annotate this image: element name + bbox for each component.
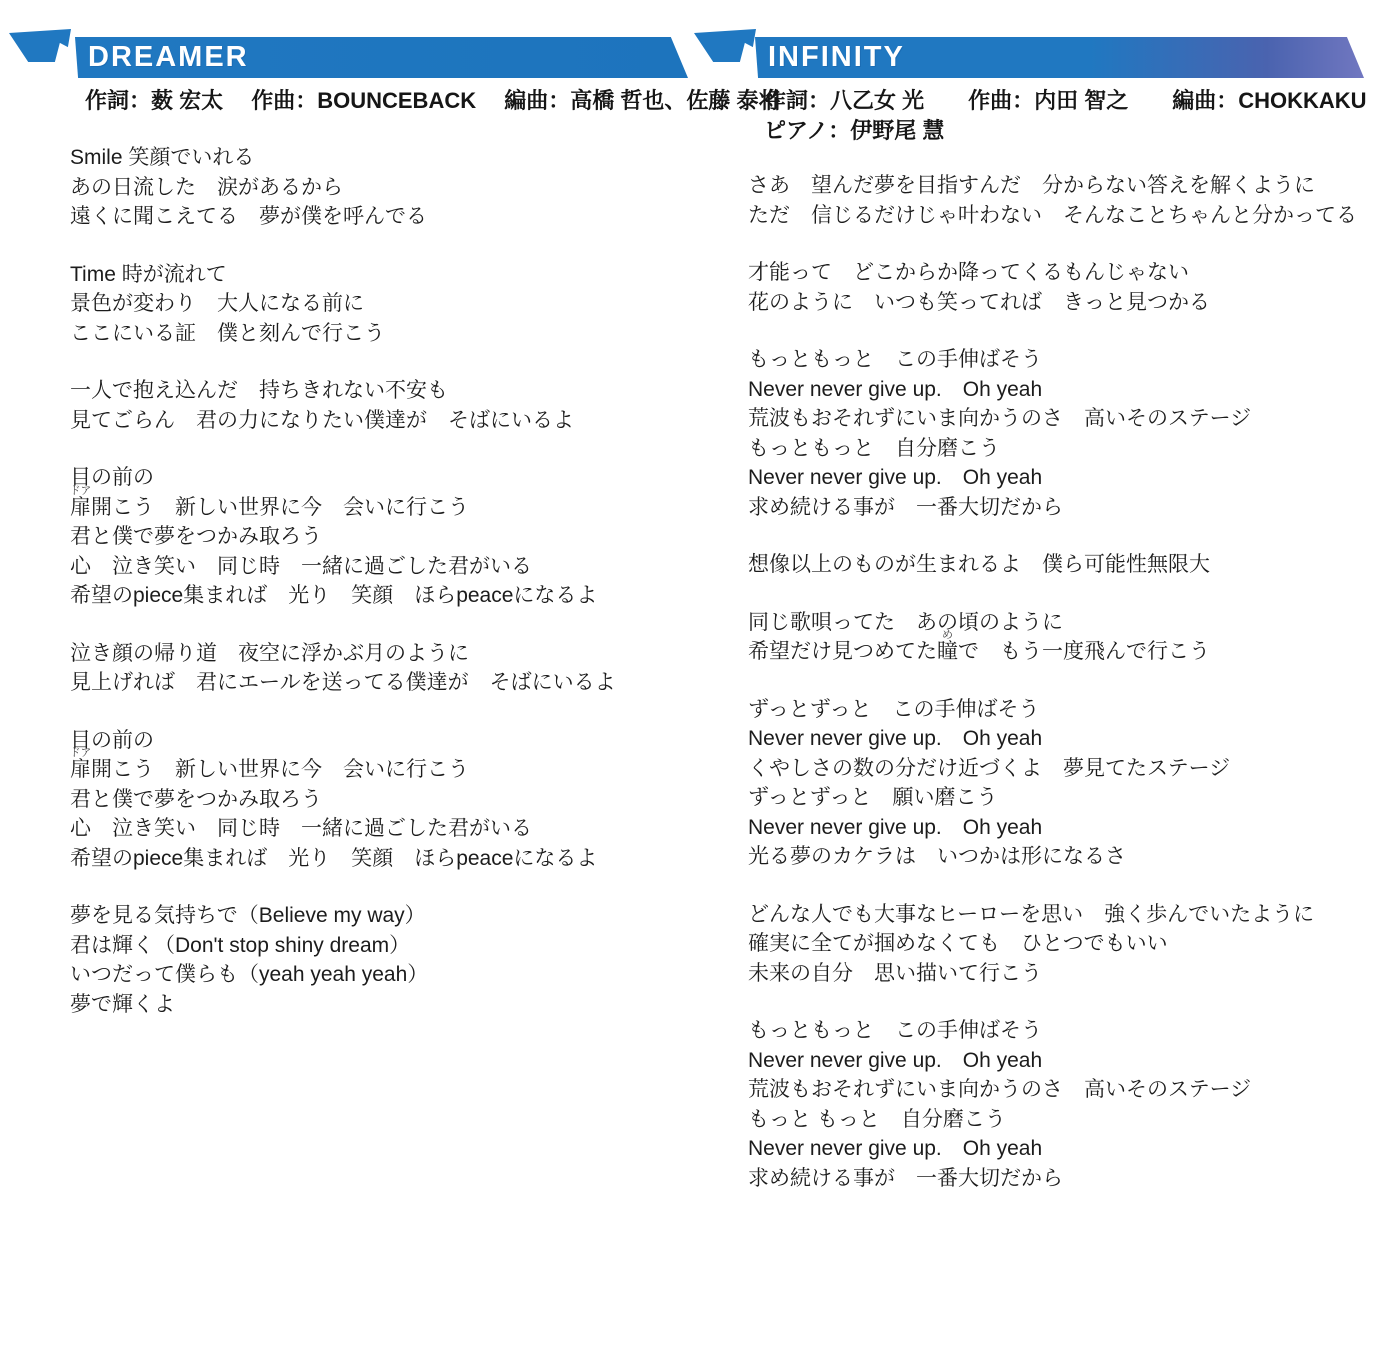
lyric-line: 景色が変わり 大人になる前に (70, 289, 720, 319)
song-credits: 作詞：薮 宏太 作曲：BOUNCEBACK 編曲：高橋 哲也、佐藤 泰将 (85, 86, 780, 116)
lyric-line: Time 時が流れて (70, 260, 720, 290)
lyric-line: 扉ドア開こう 新しい世界に今 会いに行こう (70, 493, 720, 523)
lyric-line: Never never give up. Oh yeah (748, 1046, 1379, 1076)
ruby-text: ドア (70, 486, 92, 497)
lyric-line: さあ 望んだ夢を目指すんだ 分からない答えを解くように (748, 171, 1379, 201)
lyric-line: Never never give up. Oh yeah (748, 813, 1379, 843)
lyric-line: 求め続ける事が 一番大切だから (748, 493, 1379, 523)
ruby-text: ドア (70, 748, 92, 759)
lyric-line: 見上げれば 君にエールを送ってる僕達が そばにいるよ (70, 668, 720, 698)
lyric-line: 同じ歌唄ってた あの頃のように (748, 608, 1379, 638)
lyric-block: ずっとずっと この手伸ばそうNever never give up. Oh ye… (748, 695, 1379, 872)
lyric-line: 泣き顔の帰り道 夜空に浮かぶ月のように (70, 639, 720, 669)
lyric-line: 一人で抱え込んだ 持ちきれない不安も (70, 376, 720, 406)
lyric-block: 才能って どこからか降ってくるもんじゃない花のように いつも笑ってれば きっと見… (748, 258, 1379, 317)
lyric-line: Never never give up. Oh yeah (748, 724, 1379, 754)
lyric-block: 夢を見る気持ちで（Believe my way）君は輝く（Don't stop … (70, 901, 720, 1019)
lyric-line: 君は輝く（Don't stop shiny dream） (70, 931, 720, 961)
lyric-line: ここにいる証 僕と刻んで行こう (70, 319, 720, 349)
lyric-line: 光る夢のカケラは いつかは形になるさ (748, 842, 1379, 872)
lyric-line: 君と僕で夢をつかみ取ろう (70, 785, 720, 815)
lyric-block: 泣き顔の帰り道 夜空に浮かぶ月のように見上げれば 君にエールを送ってる僕達が そ… (70, 639, 720, 698)
lyric-block: さあ 望んだ夢を目指すんだ 分からない答えを解くようにただ 信じるだけじゃ叶わな… (748, 171, 1379, 230)
credits-line: 作詞：薮 宏太 作曲：BOUNCEBACK 編曲：高橋 哲也、佐藤 泰将 (85, 86, 780, 116)
lyric-line: 荒波もおそれずにいま向かうのさ 高いそのステージ (748, 404, 1379, 434)
lyric-block: Time 時が流れて景色が変わり 大人になる前にここにいる証 僕と刻んで行こう (70, 260, 720, 349)
lyric-line: 目の前の (70, 726, 720, 756)
lyric-line: 心 泣き笑い 同じ時 一緒に過ごした君がいる (70, 552, 720, 582)
lyric-line: 夢を見る気持ちで（Believe my way） (70, 901, 720, 931)
lyric-line: 君と僕で夢をつかみ取ろう (70, 522, 720, 552)
lyric-line: 求め続ける事が 一番大切だから (748, 1164, 1379, 1194)
lyric-block: どんな人でも大事なヒーローを思い 強く歩んでいたように確実に全てが掴めなくても … (748, 900, 1379, 989)
lyric-line: Smile 笑顔でいれる (70, 143, 720, 173)
lyric-line: どんな人でも大事なヒーローを思い 強く歩んでいたように (748, 900, 1379, 930)
lyric-block: もっともっと この手伸ばそうNever never give up. Oh ye… (748, 1016, 1379, 1193)
title-ribbon-tab (694, 29, 756, 62)
lyric-line: 荒波もおそれずにいま向かうのさ 高いそのステージ (748, 1075, 1379, 1105)
ruby-base: 扉ドア (70, 493, 91, 523)
lyrics-column: さあ 望んだ夢を目指すんだ 分からない答えを解くようにただ 信じるだけじゃ叶わな… (748, 171, 1379, 1221)
ruby-base: 瞳め (937, 637, 958, 667)
lyric-line: 花のように いつも笑ってれば きっと見つかる (748, 288, 1379, 318)
lyric-block: 想像以上のものが生まれるよ 僕ら可能性無限大 (748, 550, 1379, 580)
lyric-line: 目の前の (70, 463, 720, 493)
song-title: INFINITY (755, 37, 905, 78)
ruby-base: 扉ドア (70, 755, 91, 785)
lyric-block: 同じ歌唄ってた あの頃のように希望だけ見つめてた瞳めで もう一度飛んで行こう (748, 608, 1379, 667)
credits-line: 作詞：八乙女 光 作曲：内田 智之 編曲：CHOKKAKU (764, 86, 1367, 116)
lyrics-sheet-page: DREAMER 作詞：薮 宏太 作曲：BOUNCEBACK 編曲：高橋 哲也、佐… (0, 0, 1379, 1360)
lyric-line: ただ 信じるだけじゃ叶わない そんなことちゃんと分かってる (748, 201, 1379, 231)
lyric-line: Never never give up. Oh yeah (748, 463, 1379, 493)
lyric-line: 夢で輝くよ (70, 990, 720, 1020)
lyric-line: 未来の自分 思い描いて行こう (748, 959, 1379, 989)
lyric-block: 目の前の扉ドア開こう 新しい世界に今 会いに行こう君と僕で夢をつかみ取ろう心 泣… (70, 463, 720, 611)
song-title: DREAMER (75, 37, 249, 78)
song-credits: 作詞：八乙女 光 作曲：内田 智之 編曲：CHOKKAKU ピアノ：伊野尾 慧 (764, 86, 1367, 146)
lyric-line: もっともっと この手伸ばそう (748, 345, 1379, 375)
lyric-line: 確実に全てが掴めなくても ひとつでもいい (748, 929, 1379, 959)
lyric-line: もっともっと この手伸ばそう (748, 1016, 1379, 1046)
lyric-block: Smile 笑顔でいれるあの日流した 涙があるから遠くに聞こえてる 夢が僕を呼ん… (70, 143, 720, 232)
lyric-line: あの日流した 涙があるから (70, 173, 720, 203)
lyric-line: もっともっと 自分磨こう (748, 434, 1379, 464)
lyric-block: もっともっと この手伸ばそうNever never give up. Oh ye… (748, 345, 1379, 522)
lyric-line: 遠くに聞こえてる 夢が僕を呼んでる (70, 202, 720, 232)
lyric-line: 才能って どこからか降ってくるもんじゃない (748, 258, 1379, 288)
ruby-text: め (942, 630, 953, 641)
lyric-line: 希望のpiece集まれば 光り 笑顔 ほらpeaceになるよ (70, 844, 720, 874)
lyric-block: 一人で抱え込んだ 持ちきれない不安も見てごらん 君の力になりたい僕達が そばにい… (70, 376, 720, 435)
credits-line: ピアノ：伊野尾 慧 (764, 116, 1367, 146)
lyric-line: 希望だけ見つめてた瞳めで もう一度飛んで行こう (748, 637, 1379, 667)
lyric-line: 扉ドア開こう 新しい世界に今 会いに行こう (70, 755, 720, 785)
lyric-line: 心 泣き笑い 同じ時 一緒に過ごした君がいる (70, 814, 720, 844)
lyric-line: 見てごらん 君の力になりたい僕達が そばにいるよ (70, 406, 720, 436)
lyric-line: くやしさの数の分だけ近づくよ 夢見てたステージ (748, 754, 1379, 784)
song-title-bar: INFINITY (755, 37, 1364, 78)
lyric-line: いつだって僕らも（yeah yeah yeah） (70, 960, 720, 990)
lyric-block: 目の前の扉ドア開こう 新しい世界に今 会いに行こう君と僕で夢をつかみ取ろう心 泣… (70, 726, 720, 874)
lyric-line: Never never give up. Oh yeah (748, 375, 1379, 405)
lyric-line: ずっとずっと この手伸ばそう (748, 695, 1379, 725)
song-title-bar: DREAMER (75, 37, 688, 78)
lyric-line: Never never give up. Oh yeah (748, 1134, 1379, 1164)
lyric-line: もっと もっと 自分磨こう (748, 1105, 1379, 1135)
lyric-line: 想像以上のものが生まれるよ 僕ら可能性無限大 (748, 550, 1379, 580)
lyrics-column: Smile 笑顔でいれるあの日流した 涙があるから遠くに聞こえてる 夢が僕を呼ん… (70, 143, 720, 1047)
lyric-line: ずっとずっと 願い磨こう (748, 783, 1379, 813)
lyric-line: 希望のpiece集まれば 光り 笑顔 ほらpeaceになるよ (70, 581, 720, 611)
title-ribbon-tab (9, 29, 71, 62)
